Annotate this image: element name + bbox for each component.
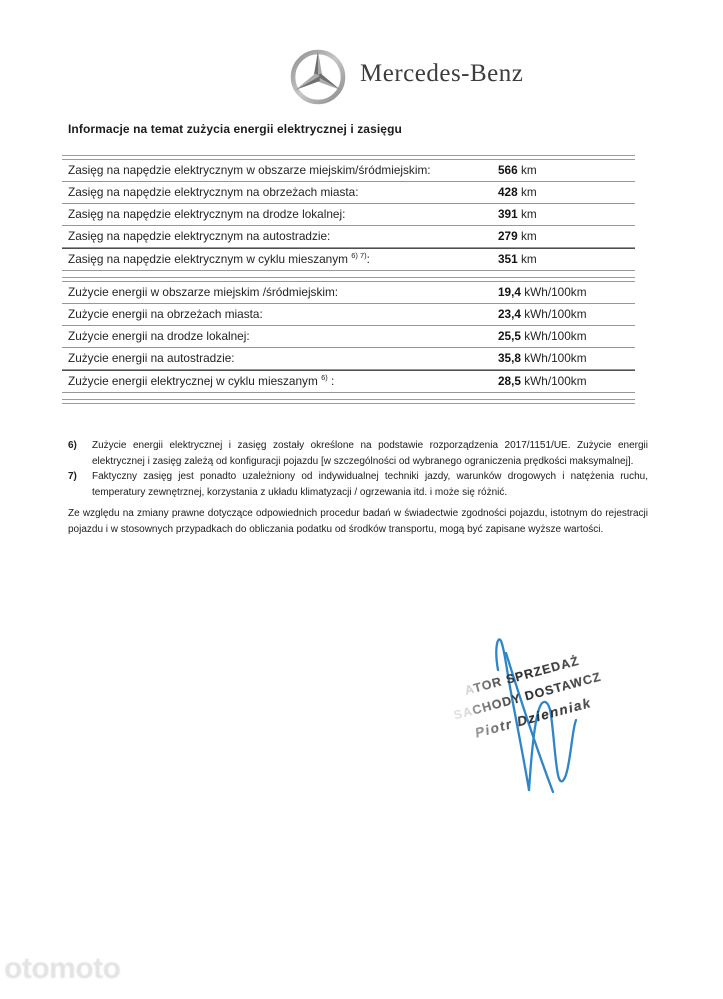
table-row: Zasięg na napędzie elektrycznym na obrze… <box>62 182 635 204</box>
row-value: 351 km <box>498 249 537 270</box>
table-row: Zasięg na napędzie elektrycznym na drodz… <box>62 204 635 226</box>
row-label: Zużycie energii na drodze lokalnej: <box>68 326 250 347</box>
scanned-document-page: Mercedes-Benz Informacje na temat zużyci… <box>0 0 723 999</box>
footnote-text: Faktyczny zasięg jest ponadto uzależnion… <box>92 471 648 498</box>
consumption-table: Zużycie energii w obszarze miejskim /śró… <box>62 282 635 393</box>
table-bottom-rule <box>62 399 635 404</box>
row-value: 25,5 kWh/100km <box>498 326 587 347</box>
legal-note: Ze względu na zmiany prawne dotyczące od… <box>68 506 648 537</box>
row-value: 19,4 kWh/100km <box>498 282 587 303</box>
table-row: Zużycie energii elektrycznej w cyklu mie… <box>62 370 635 393</box>
table-row: Zużycie energii w obszarze miejskim /śró… <box>62 282 635 304</box>
footnote-marker: 6) <box>68 438 77 454</box>
data-tables: Zasięg na napędzie elektrycznym w obszar… <box>62 155 635 404</box>
footnote-ref: 6) 7) <box>351 251 366 260</box>
row-value: 35,8 kWh/100km <box>498 348 587 369</box>
range-table: Zasięg na napędzie elektrycznym w obszar… <box>62 160 635 271</box>
row-label: Zasięg na napędzie elektrycznym na autos… <box>68 226 330 247</box>
mercedes-star-icon <box>289 48 347 106</box>
footnote-ref: 6) <box>321 373 328 382</box>
table-row: Zasięg na napędzie elektrycznym w cyklu … <box>62 248 635 271</box>
row-value: 279 km <box>498 226 537 247</box>
footnote: 7) Faktyczny zasięg jest ponadto uzależn… <box>68 469 648 500</box>
table-row: Zużycie energii na obrzeżach miasta: 23,… <box>62 304 635 326</box>
row-value: 566 km <box>498 160 537 181</box>
row-label: Zużycie energii na autostradzie: <box>68 348 235 369</box>
row-label: Zużycie energii w obszarze miejskim /śró… <box>68 282 338 303</box>
row-value: 23,4 kWh/100km <box>498 304 587 325</box>
row-label: Zasięg na napędzie elektrycznym na obrze… <box>68 182 358 203</box>
otomoto-watermark: otomoto <box>4 952 120 986</box>
table-row: Zużycie energii na drodze lokalnej: 25,5… <box>62 326 635 348</box>
document-title: Informacje na temat zużycia energii elek… <box>68 122 402 136</box>
row-label: Zużycie energii na obrzeżach miasta: <box>68 304 263 325</box>
row-value: 428 km <box>498 182 537 203</box>
brand-wordmark: Mercedes-Benz <box>360 60 523 88</box>
footnote-marker: 7) <box>68 469 77 485</box>
row-value: 28,5 kWh/100km <box>498 371 587 392</box>
table-row: Zasięg na napędzie elektrycznym na autos… <box>62 226 635 248</box>
row-label: Zasięg na napędzie elektrycznym na drodz… <box>68 204 345 225</box>
row-label: Zasięg na napędzie elektrycznym w obszar… <box>68 160 431 181</box>
table-row: Zasięg na napędzie elektrycznym w obszar… <box>62 160 635 182</box>
row-value: 391 km <box>498 204 537 225</box>
row-label: Zasięg na napędzie elektrycznym w cyklu … <box>68 249 370 270</box>
row-label: Zużycie energii elektrycznej w cyklu mie… <box>68 371 334 392</box>
footnotes: 6) Zużycie energii elektrycznej i zasięg… <box>68 438 648 500</box>
footnote: 6) Zużycie energii elektrycznej i zasięg… <box>68 438 648 469</box>
footnote-text: Zużycie energii elektrycznej i zasięg zo… <box>92 440 648 467</box>
table-row: Zużycie energii na autostradzie: 35,8 kW… <box>62 348 635 370</box>
